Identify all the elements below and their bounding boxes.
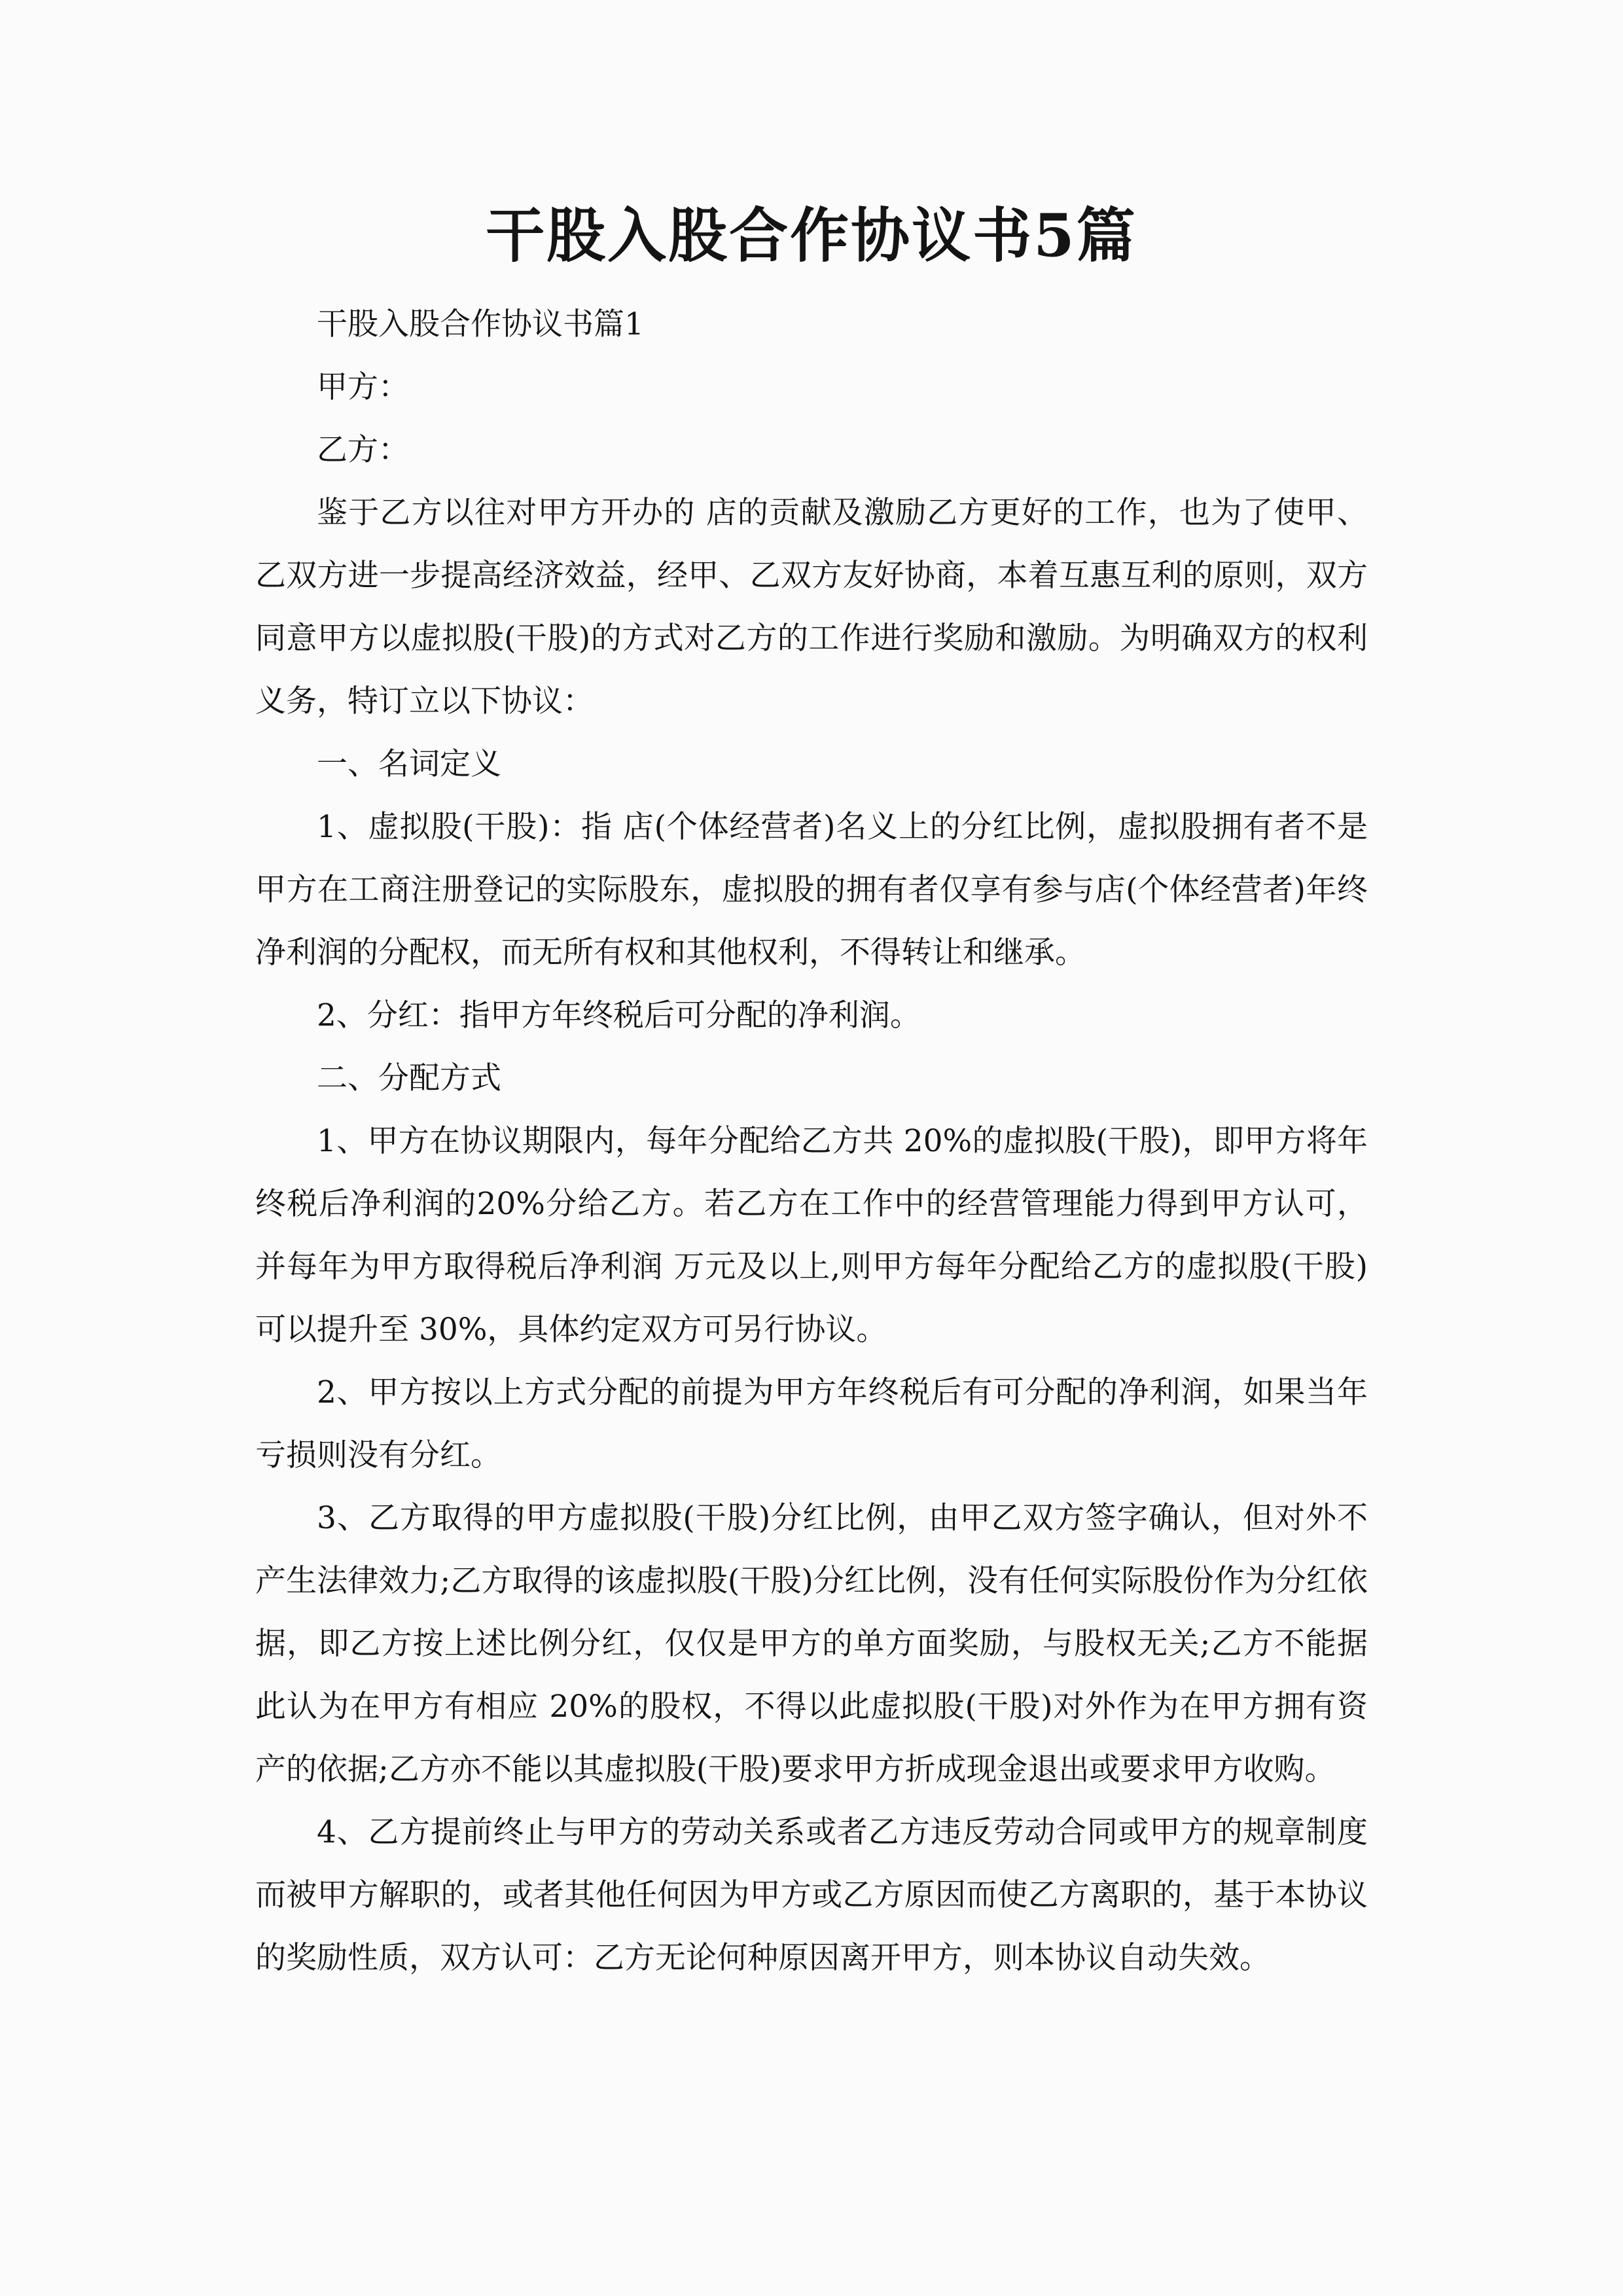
document-title: 干股入股合作协议书5篇: [255, 206, 1368, 265]
paragraph: 一、名词定义: [255, 733, 1368, 796]
document-body: 干股入股合作协议书篇1甲方：乙方：鉴于乙方以往对甲方开办的 店的贡献及激励乙方更…: [255, 293, 1368, 1990]
paragraph: 1、甲方在协议期限内，每年分配给乙方共 20%的虚拟股(干股)，即甲方将年终税后…: [255, 1110, 1368, 1361]
paragraph: 2、甲方按以上方式分配的前提为甲方年终税后有可分配的净利润，如果当年亏损则没有分…: [255, 1361, 1368, 1487]
document-page: 干股入股合作协议书5篇 干股入股合作协议书篇1甲方：乙方：鉴于乙方以往对甲方开办…: [0, 0, 1623, 2296]
paragraph: 二、分配方式: [255, 1047, 1368, 1110]
paragraph: 甲方：: [255, 356, 1368, 419]
paragraph: 鉴于乙方以往对甲方开办的 店的贡献及激励乙方更好的工作，也为了使甲、乙双方进一步…: [255, 482, 1368, 733]
paragraph: 3、乙方取得的甲方虚拟股(干股)分红比例，由甲乙双方签字确认，但对外不产生法律效…: [255, 1487, 1368, 1801]
paragraph: 1、虚拟股(干股)：指 店(个体经营者)名义上的分红比例，虚拟股拥有者不是甲方在…: [255, 796, 1368, 984]
paragraph: 干股入股合作协议书篇1: [255, 293, 1368, 356]
paragraph: 4、乙方提前终止与甲方的劳动关系或者乙方违反劳动合同或甲方的规章制度而被甲方解职…: [255, 1801, 1368, 1990]
paragraph: 乙方：: [255, 419, 1368, 482]
paragraph: 2、分红：指甲方年终税后可分配的净利润。: [255, 984, 1368, 1047]
